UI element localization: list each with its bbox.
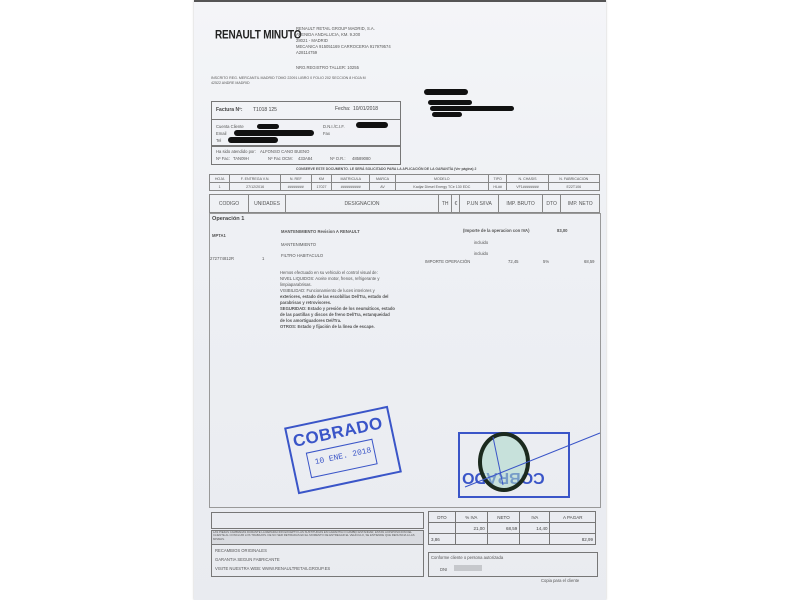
vv-marca: AV [370, 183, 396, 191]
redacted-email [234, 130, 314, 136]
item-note: incluido [474, 240, 488, 245]
inspection-text: Hemos efectuado en su vehiculo el contro… [280, 270, 440, 330]
dni-field [454, 565, 482, 571]
redacted-address [432, 112, 462, 117]
factura-label: Factura Nº: [216, 107, 243, 113]
lh-codigo: CODIGO [210, 195, 249, 213]
redacted-dni [356, 122, 388, 128]
tv-iva-pct: 21,00 [455, 523, 487, 534]
vh-chasis: N. CHASIS [507, 175, 548, 183]
copia-label: Copia para el cliente [541, 578, 579, 583]
registro-taller: NRO.REGISTRO TALLER: 10255 [296, 65, 359, 70]
vh-matricula: MATRICULA [332, 175, 370, 183]
footer-line: VISITE NUESTRA WEB: WWW.RENAULTRETAILGRO… [215, 566, 330, 571]
item-code: 272774812R [210, 256, 234, 261]
tv-dto [429, 523, 456, 534]
attended-name: ALFONSO CANO BUENO [260, 149, 309, 154]
tv-neto: 68,59 [487, 523, 519, 534]
importe-label: (Importe de la operacion con IVA) [463, 228, 529, 233]
vehicle-table: HOJA F. ENTREGA V.N. N. REF KM MATRICULA… [209, 174, 600, 191]
dni-label: DNI [440, 567, 447, 572]
lh-dto: DTO [542, 195, 561, 213]
item-note: incluido [474, 251, 488, 256]
totals-table: DTO % IVA NETO IVA A PAGAR 21,00 68,59 1… [428, 511, 596, 545]
paper-top-edge [194, 0, 606, 2]
importe-value: 83,00 [557, 228, 567, 233]
signature-stroke [455, 425, 605, 495]
item-designation: MANTENIMIENTO [281, 242, 316, 247]
lh-neto: IMP. NETO [561, 195, 600, 213]
importe-neto: 68,59 [584, 259, 594, 264]
redacted-tel [228, 137, 278, 143]
footer-blank-box [211, 512, 424, 529]
redacted-address [430, 106, 514, 111]
vh-modelo: MODELO [395, 175, 488, 183]
tv-empty [520, 534, 550, 545]
cuenta-cliente-label: Cuenta Cliente [216, 124, 244, 129]
vehicle-header-row: HOJA F. ENTREGA V.N. N. REF KM MATRICULA… [210, 175, 600, 183]
lh-euro: € [452, 195, 460, 213]
vh-marca: MARCA [370, 175, 396, 183]
totals-values-row: 21,00 68,59 14,40 [429, 523, 596, 534]
nor-label: Nº O.R.: [330, 156, 346, 161]
company-city: 28021 - MADRID [296, 38, 328, 43]
line-header-row: CODIGO UNIDADES DESIGNACION TH € P.UN S/… [210, 195, 600, 213]
redacted-address [428, 100, 472, 105]
nfac-ocm-label: Nº Fac OCM: [268, 156, 293, 161]
fax-label: Fax [323, 131, 330, 136]
inspection-line: OTROS: Estado y fijación de la línea de … [280, 324, 440, 330]
redacted-address [424, 89, 468, 95]
fecha-value: 10/01/2018 [353, 106, 378, 112]
tel-label: Tel [216, 138, 221, 143]
nfac-label: Nº Fac: [216, 156, 230, 161]
vh-fabricacion: N. FABRICACION [548, 175, 599, 183]
stamp-date: 10 ENE. 2018 [314, 446, 372, 467]
vv-matricula: ########## [332, 183, 370, 191]
vv-hoja: 1 [210, 183, 230, 191]
vv-modelo: Kadjar Diesel Energy TCe 130 EDC [395, 183, 488, 191]
dni-cif-label: D.N.I./C.I.F. [323, 124, 345, 129]
attended-label: Ha sido atendido por: [216, 149, 256, 154]
operation-code: MPTA1 [212, 233, 226, 238]
footer-legal-text: LAS PIEZAS CAMBIADAS DURANTE LA REPARACI… [213, 531, 420, 543]
nfac-ocm-value: 433A84 [298, 156, 312, 161]
inscrito-text-2: 42522 ANDRE MADRID [211, 81, 250, 86]
nor-value: 48589080 [352, 156, 371, 161]
tv-iva: 14,40 [520, 523, 550, 534]
item-units: 1 [262, 256, 264, 261]
factura-value: T1018 125 [253, 107, 277, 113]
th-apagar: A PAGAR [550, 512, 596, 523]
tv-empty [455, 534, 487, 545]
vv-tipo: HL## [488, 183, 507, 191]
lh-designacion: DESIGNACION [286, 195, 439, 213]
tv-apagar-empty [550, 523, 596, 534]
lh-bruto: IMP. BRUTO [499, 195, 543, 213]
totals-sum-row: 3,86 82,99 [429, 534, 596, 545]
footer-line: RECAMBIOS ORIGINALES [215, 548, 267, 553]
item-designation: FILTRO HABITACULO [281, 253, 323, 258]
nfac-value: TAN09H [233, 156, 249, 161]
totals-header-row: DTO % IVA NETO IVA A PAGAR [429, 512, 596, 523]
vv-fabricacion: E22T106 [548, 183, 599, 191]
vv-nref: ######## [281, 183, 312, 191]
vh-entrega: F. ENTREGA V.N. [230, 175, 281, 183]
warranty-note: CONSERVE ESTE DOCUMENTO. LE SERÁ SOLICIT… [296, 167, 476, 172]
lh-th: TH [439, 195, 452, 213]
importe-bruto: 72,45 [508, 259, 518, 264]
th-iva: IVA [520, 512, 550, 523]
tv-empty [487, 534, 519, 545]
vh-nref: N. REF [281, 175, 312, 183]
company-phones: MECANICA 915051169 CARROCERIA 917979574 [296, 44, 391, 49]
vh-tipo: TIPO [488, 175, 507, 183]
redacted-cuenta [257, 124, 279, 129]
th-neto: NETO [487, 512, 519, 523]
vh-km: KM [311, 175, 332, 183]
lh-unidades: UNIDADES [249, 195, 286, 213]
company-name: RENAULT RETAIL GROUP MADRID, S.A. [296, 26, 375, 31]
operation-title: Operación 1 [212, 216, 244, 222]
company-address: AVENIDA ANDALUCIA, KM. 9.200 [296, 32, 360, 37]
footer-line: GARANTIA SEGUN FABRICANTE [215, 557, 280, 562]
tv-dto-sum: 3,86 [429, 534, 456, 545]
operation-description: MANTENIMIENTO Revision A RENAULT [281, 229, 360, 234]
th-dto: DTO [429, 512, 456, 523]
conforme-label: Conforme cliente o persona autorizada [431, 555, 503, 560]
lh-pun: P.UN S/IVA [460, 195, 499, 213]
th-iva-pct: % IVA [455, 512, 487, 523]
vv-entrega: 27/12/2016 [230, 183, 281, 191]
company-cif: A28114759 [296, 50, 317, 55]
vv-chasis: VF1######## [507, 183, 548, 191]
email-label: Email [216, 131, 226, 136]
brand-logo: RENAULT MINUTO [215, 29, 301, 42]
tv-apagar: 82,99 [550, 534, 596, 545]
vehicle-value-row: 1 27/12/2016 ######## 17027 ########## A… [210, 183, 600, 191]
fecha-label: Fecha: [335, 106, 350, 112]
vh-hoja: HOJA [210, 175, 230, 183]
importe-operacion-label: IMPORTE OPERACIÓN [425, 259, 470, 264]
line-header-table: CODIGO UNIDADES DESIGNACION TH € P.UN S/… [209, 194, 600, 213]
importe-dto: 5% [543, 259, 549, 264]
vv-km: 17027 [311, 183, 332, 191]
